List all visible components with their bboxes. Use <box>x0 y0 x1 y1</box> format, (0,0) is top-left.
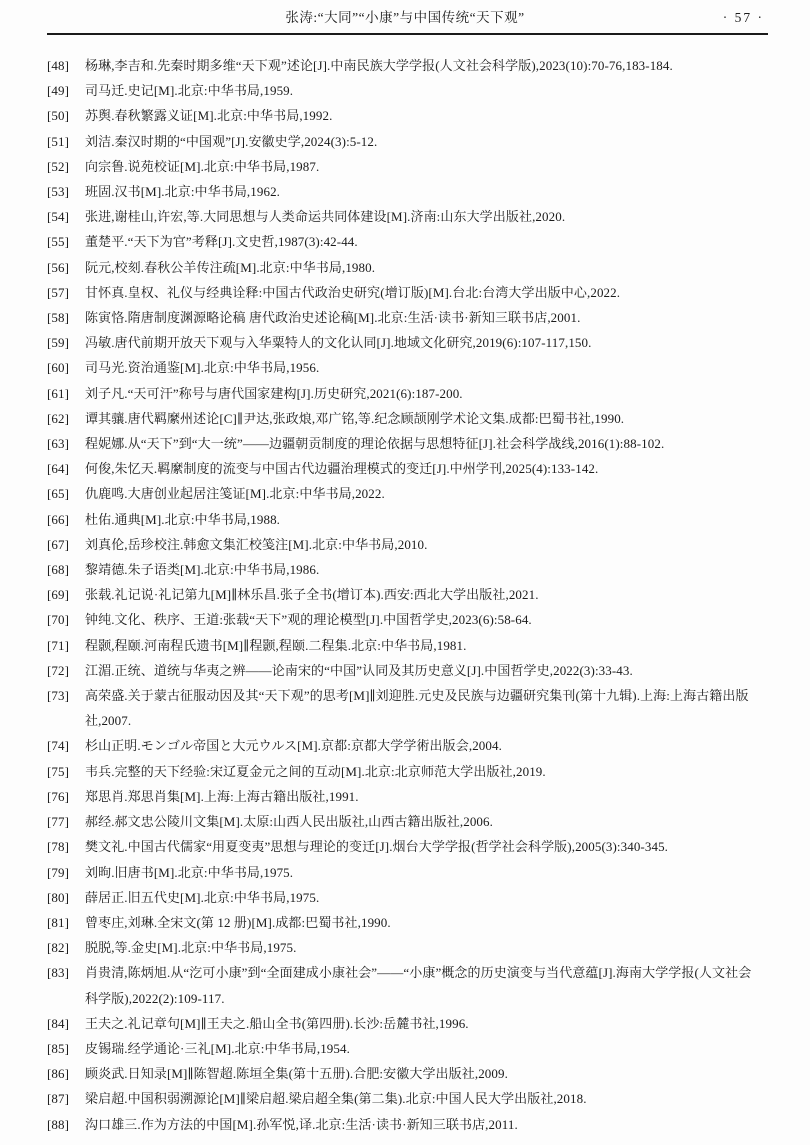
reference-text: 甘怀真.皇权、礼仪与经典诠释:中国古代政治史研究(增订版)[M].台北:台湾大学… <box>85 280 763 305</box>
page-number: · 57 · <box>723 8 764 27</box>
reference-item: [83] 肖贵清,陈炳旭.从“汔可小康”到“全面建成小康社会”——“小康”概念的… <box>47 960 763 1010</box>
reference-number: [88] <box>47 1112 78 1137</box>
reference-number: [54] <box>47 204 78 229</box>
reference-text: 沟口雄三.作为方法的中国[M].孙军悦,译.北京:生活·读书·新知三联书店,20… <box>85 1112 763 1137</box>
reference-item: [66] 杜佑.通典[M].北京:中华书局,1988. <box>47 507 763 532</box>
reference-number: [73] <box>47 683 78 708</box>
page-header: 张涛:“大同”“小康”与中国传统“天下观” · 57 · <box>0 0 810 27</box>
reference-text: 苏舆.春秋繁露义证[M].北京:中华书局,1992. <box>85 103 763 128</box>
reference-item: [68] 黎靖德.朱子语类[M].北京:中华书局,1986. <box>47 557 763 582</box>
reference-number: [79] <box>47 860 78 885</box>
reference-number: [80] <box>47 885 78 910</box>
reference-number: [65] <box>47 481 78 506</box>
reference-number: [81] <box>47 910 78 935</box>
reference-item: [78] 樊文礼.中国古代儒家“用夏变夷”思想与理论的变迁[J].烟台大学学报(… <box>47 834 763 859</box>
reference-number: [62] <box>47 406 78 431</box>
reference-text: 杜佑.通典[M].北京:中华书局,1988. <box>85 507 763 532</box>
reference-number: [58] <box>47 305 78 330</box>
reference-text: 张载.礼记说·礼记第九[M]∥林乐昌.张子全书(增订本).西安:西北大学出版社,… <box>85 582 763 607</box>
reference-text: 皮锡瑞.经学通论·三礼[M].北京:中华书局,1954. <box>85 1036 763 1061</box>
reference-text: 刘子凡.“天可汗”称号与唐代国家建构[J].历史研究,2021(6):187-2… <box>85 381 763 406</box>
reference-text: 脱脱,等.金史[M].北京:中华书局,1975. <box>85 935 763 960</box>
reference-item: [56] 阮元,校刻.春秋公羊传注疏[M].北京:中华书局,1980. <box>47 255 763 280</box>
reference-text: 谭其骧.唐代羁縻州述论[C]∥尹达,张政烺,邓广铭,等.纪念顾颉刚学术论文集.成… <box>85 406 763 431</box>
reference-text: 程颢,程颐.河南程氏遗书[M]∥程颢,程颐.二程集.北京:中华书局,1981. <box>85 633 763 658</box>
reference-number: [78] <box>47 834 78 859</box>
reference-item: [85] 皮锡瑞.经学通论·三礼[M].北京:中华书局,1954. <box>47 1036 763 1061</box>
reference-number: [55] <box>47 229 78 254</box>
reference-number: [56] <box>47 255 78 280</box>
reference-item: [62] 谭其骧.唐代羁縻州述论[C]∥尹达,张政烺,邓广铭,等.纪念顾颉刚学术… <box>47 406 763 431</box>
reference-number: [67] <box>47 532 78 557</box>
reference-item: [88] 沟口雄三.作为方法的中国[M].孙军悦,译.北京:生活·读书·新知三联… <box>47 1112 763 1137</box>
reference-number: [74] <box>47 733 78 758</box>
reference-number: [50] <box>47 103 78 128</box>
reference-item: [58] 陈寅恪.隋唐制度渊源略论稿 唐代政治史述论稿[M].北京:生活·读书·… <box>47 305 763 330</box>
reference-text: 仇鹿鸣.大唐创业起居注笺证[M].北京:中华书局,2022. <box>85 481 763 506</box>
reference-item: [75] 韦兵.完整的天下经验:宋辽夏金元之间的互动[M].北京:北京师范大学出… <box>47 759 763 784</box>
reference-number: [83] <box>47 960 78 985</box>
reference-item: [81] 曾枣庄,刘琳.全宋文(第 12 册)[M].成都:巴蜀书社,1990. <box>47 910 763 935</box>
reference-text: 杉山正明.モンゴル帝国と大元ウルス[M].京都:京都大学学術出版会,2004. <box>85 733 763 758</box>
reference-number: [51] <box>47 129 78 154</box>
page: 张涛:“大同”“小康”与中国传统“天下观” · 57 · [48] 杨琳,李吉和… <box>0 0 810 1145</box>
reference-text: 刘真伦,岳珍校注.韩愈文集汇校笺注[M].北京:中华书局,2010. <box>85 532 763 557</box>
reference-number: [86] <box>47 1061 78 1086</box>
reference-text: 高荣盛.关于蒙古征服动因及其“天下观”的思考[M]∥刘迎胜.元史及民族与边疆研究… <box>85 683 763 733</box>
reference-item: [67] 刘真伦,岳珍校注.韩愈文集汇校笺注[M].北京:中华书局,2010. <box>47 532 763 557</box>
reference-text: 张进,谢桂山,许宏,等.大同思想与人类命运共同体建设[M].济南:山东大学出版社… <box>85 204 763 229</box>
reference-number: [52] <box>47 154 78 179</box>
reference-number: [49] <box>47 78 78 103</box>
reference-text: 顾炎武.日知录[M]∥陈智超.陈垣全集(第十五册).合肥:安徽大学出版社,200… <box>85 1061 763 1086</box>
reference-text: 阮元,校刻.春秋公羊传注疏[M].北京:中华书局,1980. <box>85 255 763 280</box>
reference-item: [84] 王夫之.礼记章句[M]∥王夫之.船山全书(第四册).长沙:岳麓书社,1… <box>47 1011 763 1036</box>
reference-item: [64] 何俊,朱忆天.羁縻制度的流变与中国古代边疆治理模式的变迁[J].中州学… <box>47 456 763 481</box>
reference-item: [57] 甘怀真.皇权、礼仪与经典诠释:中国古代政治史研究(增订版)[M].台北… <box>47 280 763 305</box>
reference-text: 肖贵清,陈炳旭.从“汔可小康”到“全面建成小康社会”——“小康”概念的历史演变与… <box>85 960 763 1010</box>
reference-item: [79] 刘昫.旧唐书[M].北京:中华书局,1975. <box>47 860 763 885</box>
reference-text: 王夫之.礼记章句[M]∥王夫之.船山全书(第四册).长沙:岳麓书社,1996. <box>85 1011 763 1036</box>
reference-item: [50] 苏舆.春秋繁露义证[M].北京:中华书局,1992. <box>47 103 763 128</box>
reference-item: [55] 董楚平.“天下为官”考释[J].文史哲,1987(3):42-44. <box>47 229 763 254</box>
reference-item: [60] 司马光.资治通鉴[M].北京:中华书局,1956. <box>47 355 763 380</box>
references-list: [48] 杨琳,李吉和.先秦时期多维“天下观”述论[J].中南民族大学学报(人文… <box>0 35 810 1137</box>
reference-item: [86] 顾炎武.日知录[M]∥陈智超.陈垣全集(第十五册).合肥:安徽大学出版… <box>47 1061 763 1086</box>
reference-text: 刘洁.秦汉时期的“中国观”[J].安徽史学,2024(3):5-12. <box>85 129 763 154</box>
reference-item: [80] 薛居正.旧五代史[M].北京:中华书局,1975. <box>47 885 763 910</box>
reference-number: [85] <box>47 1036 78 1061</box>
reference-number: [59] <box>47 330 78 355</box>
reference-item: [77] 郝经.郝文忠公陵川文集[M].太原:山西人民出版社,山西古籍出版社,2… <box>47 809 763 834</box>
reference-number: [72] <box>47 658 78 683</box>
reference-text: 钟纯.文化、秩序、王道:张载“天下”观的理论模型[J].中国哲学史,2023(6… <box>85 607 763 632</box>
reference-text: 江湄.正统、道统与华夷之辨——论南宋的“中国”认同及其历史意义[J].中国哲学史… <box>85 658 763 683</box>
reference-number: [87] <box>47 1086 78 1111</box>
reference-number: [70] <box>47 607 78 632</box>
reference-text: 薛居正.旧五代史[M].北京:中华书局,1975. <box>85 885 763 910</box>
reference-text: 何俊,朱忆天.羁縻制度的流变与中国古代边疆治理模式的变迁[J].中州学刊,202… <box>85 456 763 481</box>
reference-number: [84] <box>47 1011 78 1036</box>
reference-number: [76] <box>47 784 78 809</box>
reference-text: 陈寅恪.隋唐制度渊源略论稿 唐代政治史述论稿[M].北京:生活·读书·新知三联书… <box>85 305 763 330</box>
reference-number: [64] <box>47 456 78 481</box>
reference-item: [82] 脱脱,等.金史[M].北京:中华书局,1975. <box>47 935 763 960</box>
reference-item: [48] 杨琳,李吉和.先秦时期多维“天下观”述论[J].中南民族大学学报(人文… <box>47 53 763 78</box>
reference-number: [60] <box>47 355 78 380</box>
reference-item: [87] 梁启超.中国积弱溯源论[M]∥梁启超.梁启超全集(第二集).北京:中国… <box>47 1086 763 1111</box>
reference-text: 黎靖德.朱子语类[M].北京:中华书局,1986. <box>85 557 763 582</box>
reference-text: 董楚平.“天下为官”考释[J].文史哲,1987(3):42-44. <box>85 229 763 254</box>
reference-item: [74] 杉山正明.モンゴル帝国と大元ウルス[M].京都:京都大学学術出版会,2… <box>47 733 763 758</box>
reference-item: [49] 司马迁.史记[M].北京:中华书局,1959. <box>47 78 763 103</box>
reference-text: 韦兵.完整的天下经验:宋辽夏金元之间的互动[M].北京:北京师范大学出版社,20… <box>85 759 763 784</box>
reference-number: [75] <box>47 759 78 784</box>
reference-item: [65] 仇鹿鸣.大唐创业起居注笺证[M].北京:中华书局,2022. <box>47 481 763 506</box>
reference-item: [72] 江湄.正统、道统与华夷之辨——论南宋的“中国”认同及其历史意义[J].… <box>47 658 763 683</box>
reference-number: [61] <box>47 381 78 406</box>
reference-number: [48] <box>47 53 78 78</box>
reference-item: [51] 刘洁.秦汉时期的“中国观”[J].安徽史学,2024(3):5-12. <box>47 129 763 154</box>
running-title: 张涛:“大同”“小康”与中国传统“天下观” <box>0 8 810 27</box>
reference-item: [59] 冯敏.唐代前期开放天下观与入华粟特人的文化认同[J].地域文化研究,2… <box>47 330 763 355</box>
reference-text: 杨琳,李吉和.先秦时期多维“天下观”述论[J].中南民族大学学报(人文社会科学版… <box>85 53 763 78</box>
reference-item: [70] 钟纯.文化、秩序、王道:张载“天下”观的理论模型[J].中国哲学史,2… <box>47 607 763 632</box>
reference-text: 郑思肖.郑思肖集[M].上海:上海古籍出版社,1991. <box>85 784 763 809</box>
reference-item: [52] 向宗鲁.说苑校证[M].北京:中华书局,1987. <box>47 154 763 179</box>
reference-text: 司马光.资治通鉴[M].北京:中华书局,1956. <box>85 355 763 380</box>
reference-number: [57] <box>47 280 78 305</box>
reference-text: 程妮娜.从“天下”到“大一统”——边疆朝贡制度的理论依据与思想特征[J].社会科… <box>85 431 763 456</box>
reference-item: [71] 程颢,程颐.河南程氏遗书[M]∥程颢,程颐.二程集.北京:中华书局,1… <box>47 633 763 658</box>
reference-number: [82] <box>47 935 78 960</box>
reference-text: 梁启超.中国积弱溯源论[M]∥梁启超.梁启超全集(第二集).北京:中国人民大学出… <box>85 1086 763 1111</box>
reference-item: [73] 高荣盛.关于蒙古征服动因及其“天下观”的思考[M]∥刘迎胜.元史及民族… <box>47 683 763 733</box>
reference-number: [71] <box>47 633 78 658</box>
reference-item: [53] 班固.汉书[M].北京:中华书局,1962. <box>47 179 763 204</box>
reference-item: [69] 张载.礼记说·礼记第九[M]∥林乐昌.张子全书(增订本).西安:西北大… <box>47 582 763 607</box>
reference-number: [66] <box>47 507 78 532</box>
reference-item: [76] 郑思肖.郑思肖集[M].上海:上海古籍出版社,1991. <box>47 784 763 809</box>
reference-text: 司马迁.史记[M].北京:中华书局,1959. <box>85 78 763 103</box>
reference-text: 班固.汉书[M].北京:中华书局,1962. <box>85 179 763 204</box>
reference-number: [69] <box>47 582 78 607</box>
reference-number: [53] <box>47 179 78 204</box>
reference-number: [68] <box>47 557 78 582</box>
reference-text: 刘昫.旧唐书[M].北京:中华书局,1975. <box>85 860 763 885</box>
reference-text: 向宗鲁.说苑校证[M].北京:中华书局,1987. <box>85 154 763 179</box>
reference-text: 樊文礼.中国古代儒家“用夏变夷”思想与理论的变迁[J].烟台大学学报(哲学社会科… <box>85 834 763 859</box>
reference-item: [63] 程妮娜.从“天下”到“大一统”——边疆朝贡制度的理论依据与思想特征[J… <box>47 431 763 456</box>
reference-text: 冯敏.唐代前期开放天下观与入华粟特人的文化认同[J].地域文化研究,2019(6… <box>85 330 763 355</box>
reference-number: [63] <box>47 431 78 456</box>
reference-number: [77] <box>47 809 78 834</box>
reference-item: [54] 张进,谢桂山,许宏,等.大同思想与人类命运共同体建设[M].济南:山东… <box>47 204 763 229</box>
reference-item: [61] 刘子凡.“天可汗”称号与唐代国家建构[J].历史研究,2021(6):… <box>47 381 763 406</box>
reference-text: 曾枣庄,刘琳.全宋文(第 12 册)[M].成都:巴蜀书社,1990. <box>85 910 763 935</box>
reference-text: 郝经.郝文忠公陵川文集[M].太原:山西人民出版社,山西古籍出版社,2006. <box>85 809 763 834</box>
